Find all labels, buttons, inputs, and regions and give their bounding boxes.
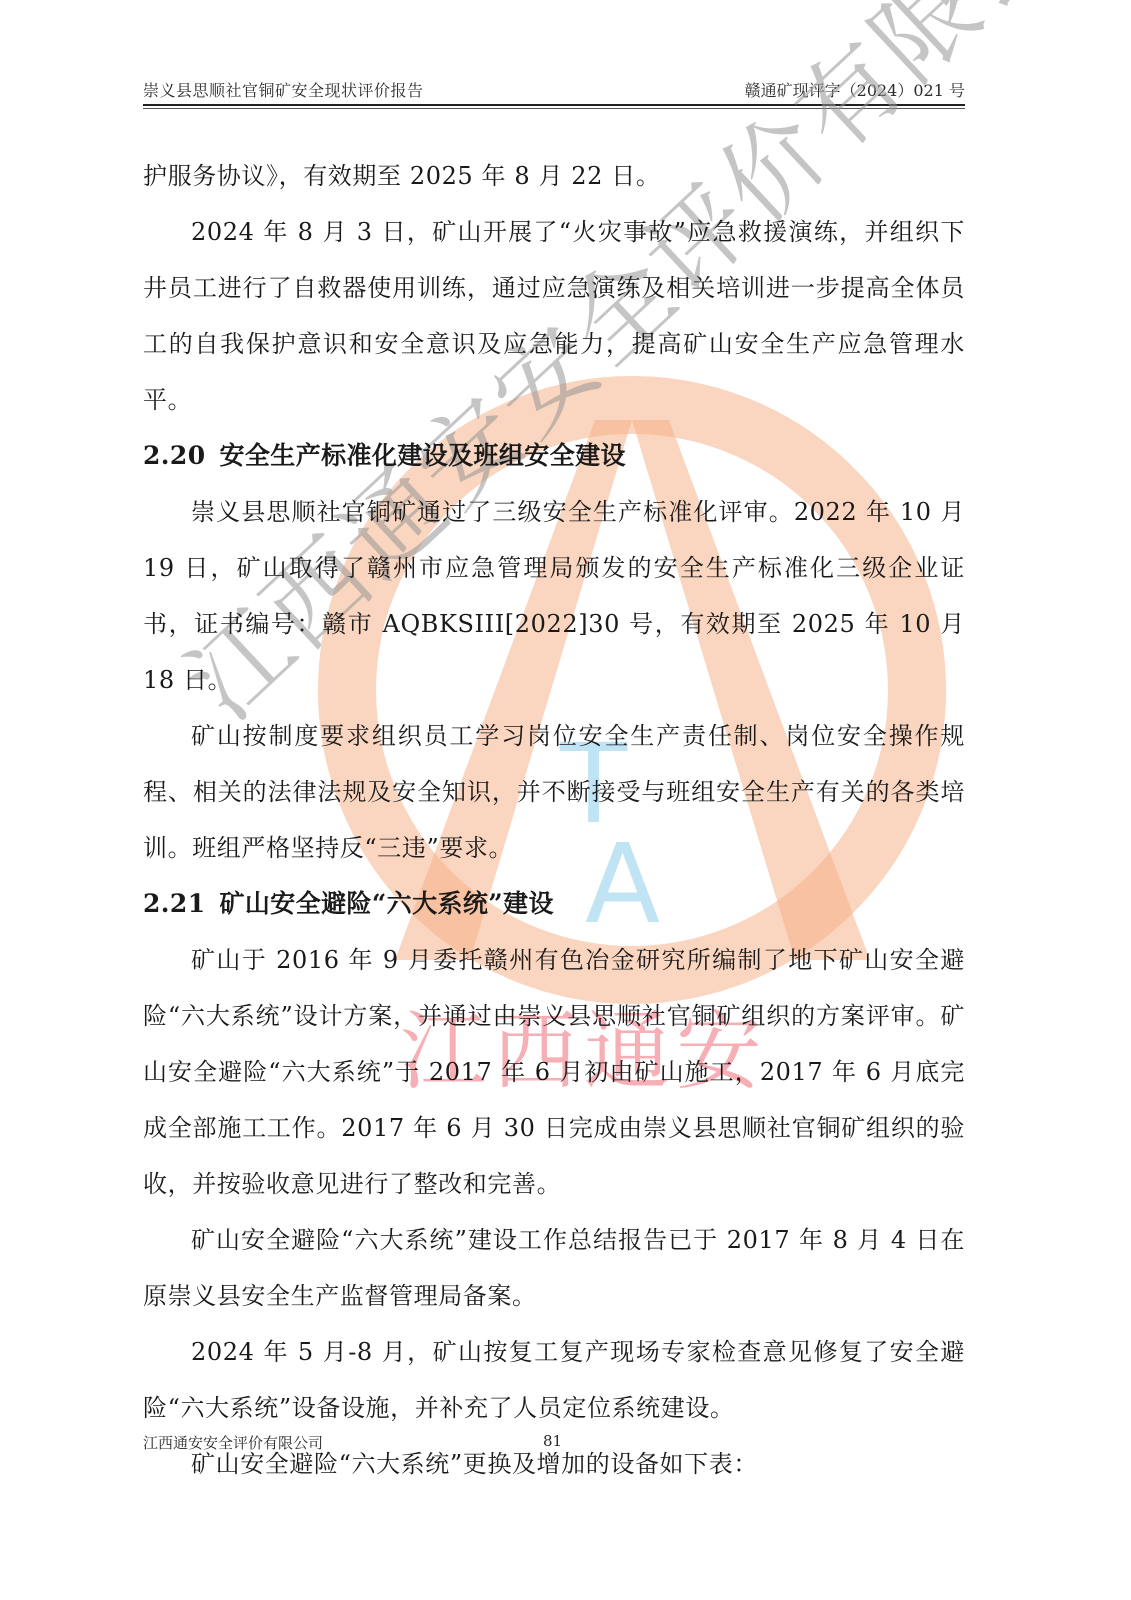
header-rule bbox=[143, 104, 965, 106]
document-page: 崇义县思顺社官铜矿安全现状评价报告 赣通矿现评字（2024）021 号 T A … bbox=[0, 0, 1131, 1600]
paragraph: 矿山于 2016 年 9 月委托赣州有色冶金研究所编制了地下矿山安全避险“六大系… bbox=[143, 932, 965, 1212]
page-content: 护服务协议》，有效期至 2025 年 8 月 22 日。 2024 年 8 月 … bbox=[143, 148, 965, 1492]
paragraph: 矿山按制度要求组织员工学习岗位安全生产责任制、岗位安全操作规程、相关的法律法规及… bbox=[143, 708, 965, 876]
paragraph: 2024 年 5 月-8 月，矿山按复工复产现场专家检查意见修复了安全避险“六大… bbox=[143, 1324, 965, 1436]
paragraph: 矿山安全避险“六大系统”建设工作总结报告已于 2017 年 8 月 4 日在原崇… bbox=[143, 1212, 965, 1324]
page-header: 崇义县思顺社官铜矿安全现状评价报告 赣通矿现评字（2024）021 号 bbox=[143, 78, 965, 104]
page-number: 81 bbox=[543, 1432, 562, 1450]
section-title: 矿山安全避险“六大系统”建设 bbox=[220, 889, 554, 918]
document-number: 赣通矿现评字（2024）021 号 bbox=[745, 78, 965, 101]
section-number: 2.20 bbox=[143, 441, 206, 470]
section-title: 安全生产标准化建设及班组安全建设 bbox=[220, 441, 626, 470]
footer-company: 江西通安安全评价有限公司 bbox=[143, 1432, 323, 1453]
section-heading-2-20: 2.20安全生产标准化建设及班组安全建设 bbox=[143, 428, 965, 484]
header-rule-thin bbox=[143, 108, 965, 109]
section-number: 2.21 bbox=[143, 889, 206, 918]
paragraph: 2024 年 8 月 3 日，矿山开展了“火灾事故”应急救援演练，并组织下井员工… bbox=[143, 204, 965, 428]
section-heading-2-21: 2.21矿山安全避险“六大系统”建设 bbox=[143, 876, 965, 932]
report-title: 崇义县思顺社官铜矿安全现状评价报告 bbox=[143, 78, 424, 101]
paragraph: 护服务协议》，有效期至 2025 年 8 月 22 日。 bbox=[143, 148, 965, 204]
paragraph: 崇义县思顺社官铜矿通过了三级安全生产标准化评审。2022 年 10 月 19 日… bbox=[143, 484, 965, 708]
